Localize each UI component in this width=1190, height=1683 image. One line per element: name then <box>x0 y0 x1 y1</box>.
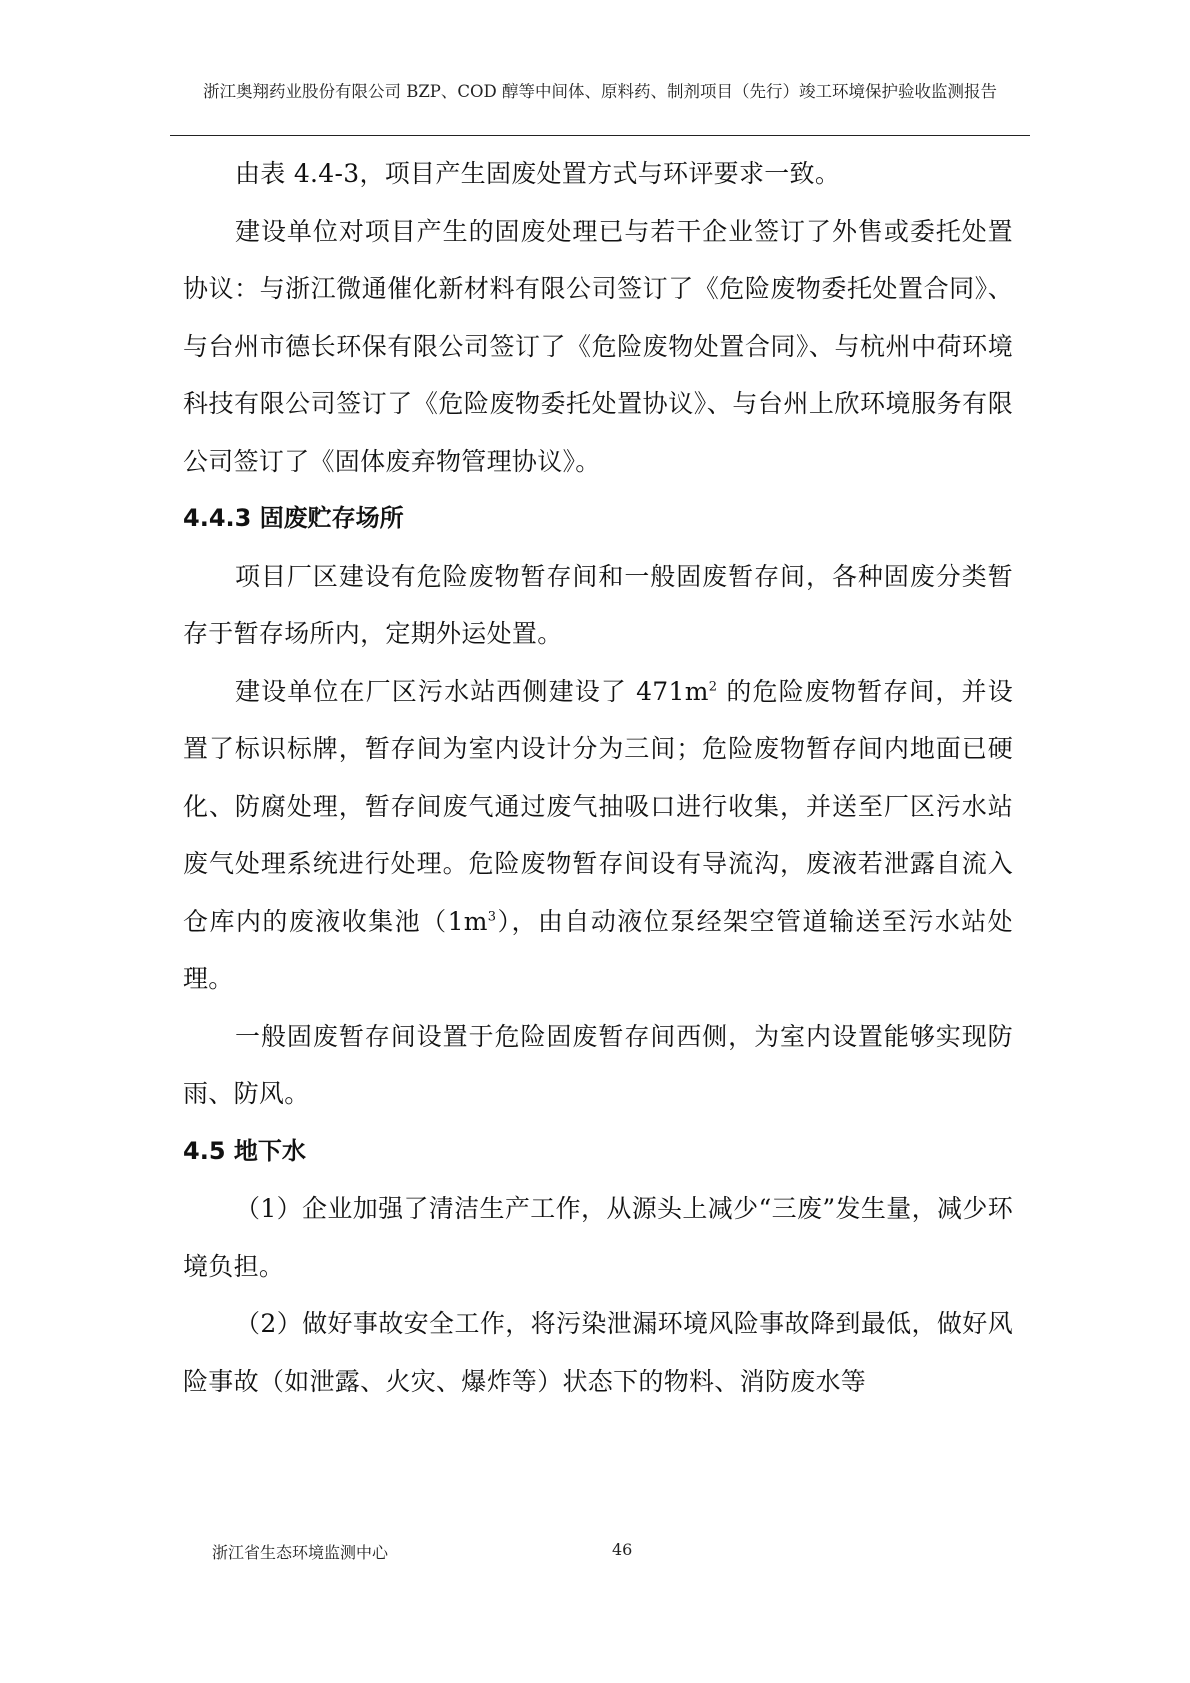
list-item-1: （1）企业加强了清洁生产工作，从源头上减少“三废”发生量，减少环境负担。 <box>183 1180 1013 1295</box>
paragraph-disposal-agreements: 建设单位对项目产生的固废处理已与若干企业签订了外售或委托处置协议：与浙江微通催化… <box>183 203 1013 491</box>
section-heading-4-4-3: 4.4.3 固废贮存场所 <box>183 490 1013 548</box>
superscript: 2 <box>709 679 718 694</box>
paragraph-hazardous-storage: 建设单位在厂区污水站西侧建设了 471m2 的危险废物暂存间，并设置了标识标牌，… <box>183 663 1013 1008</box>
list-item-2: （2）做好事故安全工作，将污染泄漏环境风险事故降到最低，做好风险事故（如泄露、火… <box>183 1295 1013 1410</box>
section-heading-4-5: 4.5 地下水 <box>183 1123 1013 1181</box>
report-title: 浙江奥翔药业股份有限公司 BZP、COD 醇等中间体、原料药、制剂项目（先行）竣… <box>203 82 997 101</box>
text-segment: 建设单位在厂区污水站西侧建设了 471m <box>235 677 709 706</box>
page-number: 46 <box>612 1540 632 1559</box>
paragraph-general-storage: 一般固废暂存间设置于危险固废暂存间西侧，为室内设置能够实现防雨、防风。 <box>183 1008 1013 1123</box>
paragraph-table-reference: 由表 4.4-3，项目产生固废处置方式与环评要求一致。 <box>183 145 1013 203</box>
header-divider <box>170 135 1030 136</box>
page-header: 浙江奥翔药业股份有限公司 BZP、COD 醇等中间体、原料药、制剂项目（先行）竣… <box>170 80 1030 104</box>
paragraph-storage-overview: 项目厂区建设有危险废物暂存间和一般固废暂存间，各种固废分类暂存于暂存场所内，定期… <box>183 548 1013 663</box>
footer-organization: 浙江省生态环境监测中心 <box>212 1540 388 1563</box>
page-content: 由表 4.4-3，项目产生固废处置方式与环评要求一致。 建设单位对项目产生的固废… <box>183 145 1013 1410</box>
text-segment: 的危险废物暂存间，并设置了标识标牌，暂存间为室内设计分为三间；危险废物暂存间内地… <box>183 677 1013 936</box>
